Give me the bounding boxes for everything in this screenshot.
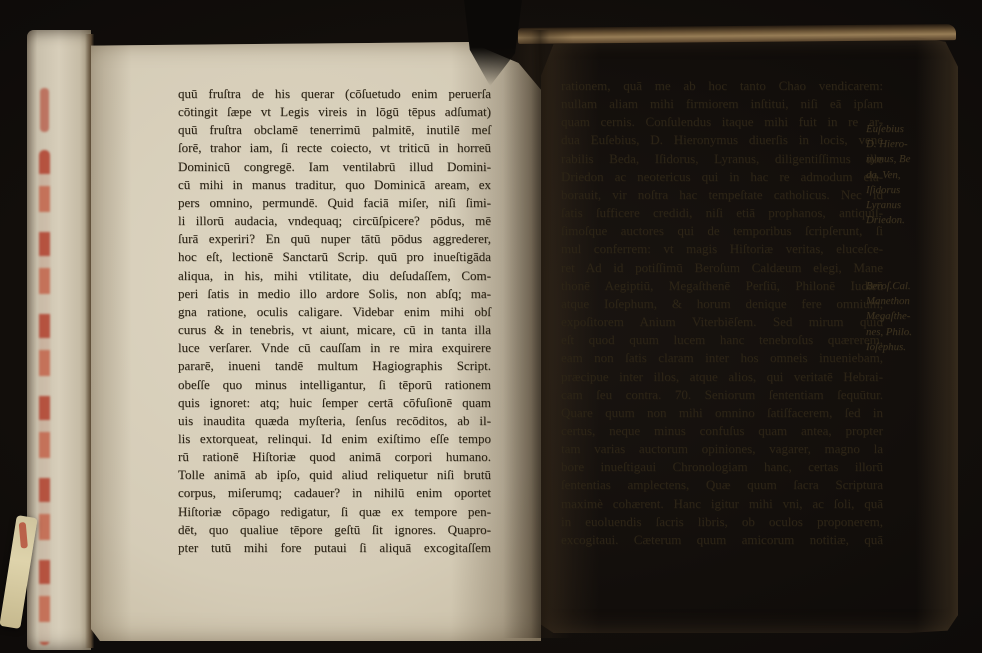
text-line: bore inueſtigaui Chronologiam hanc, cert… bbox=[561, 458, 883, 476]
binding-red-mark bbox=[40, 88, 49, 132]
ribbon-red-thread bbox=[19, 522, 28, 549]
text-line: Driedon. bbox=[866, 213, 958, 228]
binding-strip bbox=[27, 30, 91, 650]
text-line: obeſſe quo minus intelligantur, ſi tēpor… bbox=[178, 376, 491, 394]
text-line: quū fruſtra obclamē tenerrimū palmitē, i… bbox=[178, 121, 491, 139]
text-line: rū rationē Hiſtoriæ quod animā corpori h… bbox=[178, 448, 491, 466]
text-line: certus, neque minus confuſus quam antea,… bbox=[561, 422, 883, 440]
text-line: thonē Aegiptiū, Megaſthenē Perſiū, Philo… bbox=[561, 277, 883, 295]
text-line: ſententias amplectens, Quæ quum ſacra Sc… bbox=[561, 476, 883, 494]
text-line: lis extorqueat, relinqui. Id enim exiſti… bbox=[178, 430, 491, 448]
right-page-text-block: rationem, quā me ab hoc tanto Chao vendi… bbox=[561, 77, 883, 549]
text-line: pararē, inueni tandē multum Hagiographis… bbox=[178, 357, 491, 375]
binding-red-marks bbox=[39, 150, 50, 645]
text-line: Euſebius bbox=[866, 122, 958, 137]
text-line: expoſitorem Anium Viterbiēſem. Sed mirum… bbox=[561, 313, 883, 331]
text-line: corpus, miſerumq; cadauer? in nihilū eni… bbox=[178, 484, 491, 502]
text-line: ſurā experiri? En quū nuper tātū pōdus a… bbox=[178, 230, 491, 248]
text-line: excogitaui. Cæterum quum amicorum notiti… bbox=[561, 531, 883, 549]
left-page-text-block: quū fruſtra de his querar (cōſuetudo eni… bbox=[178, 85, 491, 557]
text-line: Tolle animā ab ipſo, quid aliud reliquet… bbox=[178, 466, 491, 484]
text-line: mul conferrem: vt magis Hiſtoriæ veritas… bbox=[561, 240, 883, 258]
margin-note-authorities-1: EuſebiusD. Hiero-nymus, Beda. Ven,Iſidor… bbox=[866, 122, 958, 228]
text-line: dēt, quo qualiue tēpore geſtū ſit ignore… bbox=[178, 521, 491, 539]
text-line: Lyranus bbox=[866, 198, 958, 213]
text-line: li illorū audacia, vndequaq; circūſpicer… bbox=[178, 212, 491, 230]
text-line: cū mihi in manus traditur, quo Dominicā … bbox=[178, 176, 491, 194]
text-line: præcipue inter illos, atque alios, qui v… bbox=[561, 368, 883, 386]
text-line: D. Hiero- bbox=[866, 137, 958, 152]
text-line: quis ignoret: atq; huic ſemper certā cōf… bbox=[178, 394, 491, 412]
text-line: ſimoſque auctores qui de temporibus ſcri… bbox=[561, 222, 883, 240]
text-line: quū fruſtra de his querar (cōſuetudo eni… bbox=[178, 85, 491, 103]
text-line: dua Euſebius, D. Hieronymus diuerſis in … bbox=[561, 131, 883, 149]
text-line: Iſidorus bbox=[866, 183, 958, 198]
text-line: nullam aliam mihi firmiorem inſtitui, ni… bbox=[561, 95, 883, 113]
text-line: maximè cohærent. Hanc igitur mihi vni, a… bbox=[561, 495, 883, 513]
text-line: ſatis ſufficere credidi, niſi etiā proph… bbox=[561, 204, 883, 222]
text-line: Manethon bbox=[866, 294, 958, 309]
text-line: curus & in tenebris, vt aiunt, micare, c… bbox=[178, 321, 491, 339]
text-line: quam cernis. Conſulendus itaque mihi fui… bbox=[561, 113, 883, 131]
text-line: aliqua, in his, mihi vtilitate, diu deſu… bbox=[178, 267, 491, 285]
book-photograph: quū fruſtra de his querar (cōſuetudo eni… bbox=[0, 0, 982, 653]
text-line: eſt quod quum lucem hanc tenebroſus quær… bbox=[561, 331, 883, 349]
text-line: Driedon ac neotericus qui in hac re admo… bbox=[561, 168, 883, 186]
text-line: rabilis Beda, Iſidorus, Lyranus, diligen… bbox=[561, 150, 883, 168]
text-line: nymus, Be bbox=[866, 152, 958, 167]
text-line: cam ſeu contra. 70. Seniorum ſententiam … bbox=[561, 386, 883, 404]
text-line: uis inaudita quæda myſteria, ſenſus recō… bbox=[178, 412, 491, 430]
text-line: in euoluendis ſacris libris, ob oculos p… bbox=[561, 513, 883, 531]
text-line: hoc eſt, lectionē Sanctarū Scrip. quū pr… bbox=[178, 248, 491, 266]
text-line: luce verſarer. Vnde cū cauſſam in re mir… bbox=[178, 339, 491, 357]
text-line: gna ratione, oculis caligare. Videbar en… bbox=[178, 303, 491, 321]
text-line: ret Ad id potiſſimū Beroſum Caldæum eleg… bbox=[561, 259, 883, 277]
text-line: tam varias auctorum opiniones, vagarer, … bbox=[561, 440, 883, 458]
text-line: Ioſephus. bbox=[866, 340, 958, 355]
text-line: Hiſtoriæ cōpago redigatur, ſi quæ ex tem… bbox=[178, 503, 491, 521]
text-line: Megaſthe- bbox=[866, 309, 958, 324]
text-line: atque Ioſephum, & horum denique fere omn… bbox=[561, 295, 883, 313]
text-line: cōtingit ſæpe vt Legis vireis in lōgū tē… bbox=[178, 103, 491, 121]
text-line: borauit, vir noſtra hac tempeſtate catho… bbox=[561, 186, 883, 204]
text-line: rationem, quā me ab hoc tanto Chao vendi… bbox=[561, 77, 883, 95]
text-line: pers omnino, permundē. Quid faciā miſer,… bbox=[178, 194, 491, 212]
text-line: nes, Philo. bbox=[866, 325, 958, 340]
margin-note-authorities-2: Beroſ.Cal.ManethonMegaſthe-nes, Philo.Io… bbox=[866, 279, 958, 355]
text-line: da. Ven, bbox=[866, 168, 958, 183]
text-line: eam non ſatis claram inter hos omneis in… bbox=[561, 349, 883, 367]
text-line: peri ſatis in medio illo ardore Solis, n… bbox=[178, 285, 491, 303]
text-line: Dominicū congregē. Iam ventilabrū illud … bbox=[178, 158, 491, 176]
text-line: Beroſ.Cal. bbox=[866, 279, 958, 294]
text-line: Quare quum non mihi omnino ſatiſfacerem,… bbox=[561, 404, 883, 422]
text-line: pter tutū mihi fore putaui ſi aliquā exc… bbox=[178, 539, 491, 557]
text-line: ſorē, trahor iam, ſi recte coiecto, vt t… bbox=[178, 139, 491, 157]
